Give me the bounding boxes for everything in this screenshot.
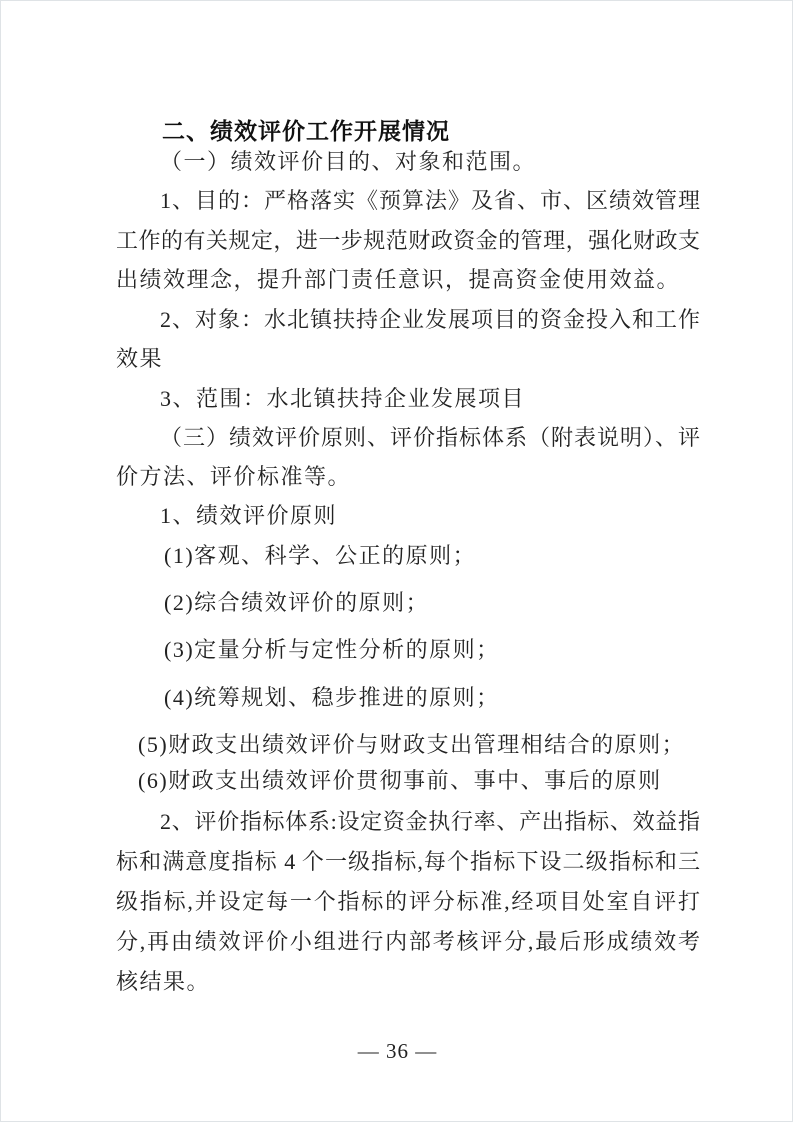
body-line: 标和满意度指标 4 个一级指标,每个指标下设二级指标和三: [116, 847, 700, 877]
body-line: 级指标,并设定每一个指标的评分标准,经项目处室自评打: [116, 887, 700, 917]
section-heading: 二、绩效评价工作开展情况: [116, 116, 700, 146]
body-line: 1、目的：严格落实《预算法》及省、市、区绩效管理: [116, 186, 700, 216]
body-line: 出绩效理念，提升部门责任意识，提高资金使用效益。: [116, 265, 700, 295]
body-line: 核结果。: [116, 967, 700, 997]
body-line: （一）绩效评价目的、对象和范围。: [116, 147, 700, 177]
principle-item: (3)定量分析与定性分析的原则；: [116, 635, 700, 665]
body-line: 2、对象：水北镇扶持企业发展项目的资金投入和工作: [116, 305, 700, 335]
page-footer: — 36 —: [1, 1039, 793, 1064]
principle-item: (6)财政支出绩效评价贯彻事前、事中、事后的原则: [116, 766, 700, 796]
body-line: 2、评价指标体系:设定资金执行率、产出指标、效益指: [116, 807, 700, 837]
page-number: — 36 —: [358, 1039, 438, 1063]
principle-item: (4)统筹规划、稳步推进的原则；: [116, 683, 700, 713]
body-line: 分,再由绩效评价小组进行内部考核评分,最后形成绩效考: [116, 927, 700, 957]
body-line: （三）绩效评价原则、评价指标体系（附表说明）、评: [116, 423, 700, 453]
body-line: 价方法、评价标准等。: [116, 462, 700, 492]
body-line: 1、绩效评价原则: [116, 501, 700, 531]
principle-item: (2)综合绩效评价的原则；: [116, 588, 700, 618]
body-line: 3、范围：水北镇扶持企业发展项目: [116, 384, 700, 414]
document-page: 二、绩效评价工作开展情况 （一）绩效评价目的、对象和范围。 1、目的：严格落实《…: [0, 0, 793, 1122]
body-line: 效果: [116, 344, 700, 374]
body-line: 工作的有关规定，进一步规范财政资金的管理，强化财政支: [116, 226, 700, 256]
principle-item: (1)客观、科学、公正的原则；: [116, 541, 700, 571]
principle-item: (5)财政支出绩效评价与财政支出管理相结合的原则；: [116, 730, 700, 760]
